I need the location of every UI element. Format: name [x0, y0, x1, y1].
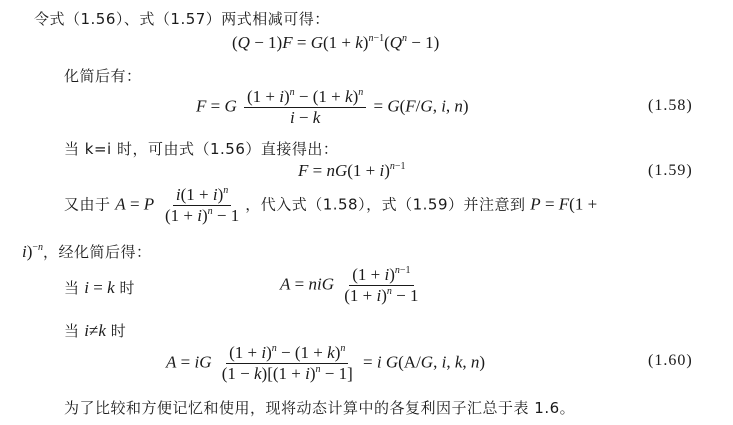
fraction-1-60: (1 + i)n − (1 + k)n (1 − k)[(1 + i)n − 1…: [219, 344, 356, 383]
equation-1-59: F = nG(1 + i)n−1: [298, 161, 406, 181]
text-line-2: 化简后有：: [64, 65, 142, 86]
equation-number-1-60: (1.60): [648, 352, 693, 370]
equation-1-58: F = G (1 + i)n − (1 + k)n i − k = G(F/G,…: [196, 88, 469, 127]
case-i-equals-k-label: 当 i = k 时: [64, 277, 135, 298]
case-i-not-k-label: 当 i≠k 时: [64, 320, 126, 341]
equation-number-1-59: (1.59): [648, 162, 693, 180]
text-line-5: i)−n，经化简后得：: [22, 241, 152, 262]
text-line-4: 又由于 A = P i(1 + i)n (1 + i)n − 1 ，代入式（1.…: [64, 186, 597, 225]
text-line-1: 令式（1.56）、式（1.57）两式相减可得：: [34, 8, 330, 29]
fraction-case-1: (1 + i)n−1 (1 + i)n − 1: [341, 266, 421, 305]
fraction-a-p: i(1 + i)n (1 + i)n − 1: [162, 186, 242, 225]
equation-number-1-58: (1.58): [648, 97, 693, 115]
equation-case-i-equals-k: A = niG (1 + i)n−1 (1 + i)n − 1: [280, 266, 424, 305]
fraction-1-58: (1 + i)n − (1 + k)n i − k: [244, 88, 366, 127]
equation-1-60: A = iG (1 + i)n − (1 + k)n (1 − k)[(1 + …: [166, 344, 485, 383]
equation-difference: (Q − 1)F = G(1 + k)n−1(Qn − 1): [232, 33, 439, 53]
text-line-6: 为了比较和方便记忆和使用，现将动态计算中的各复利因子汇总于表 1.6。: [64, 397, 575, 418]
text-line-3: 当 k=i 时，可由式（1.56）直接得出：: [64, 138, 338, 159]
